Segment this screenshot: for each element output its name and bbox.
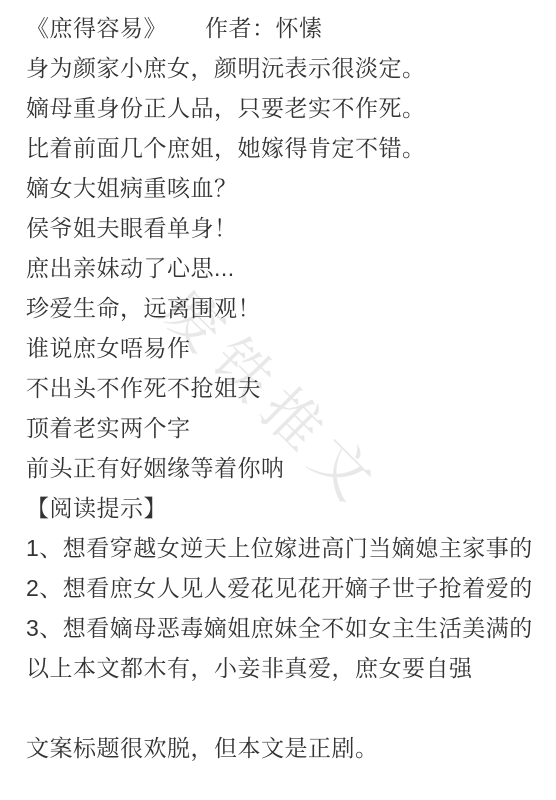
reading-tip-2: 2、想看庶女人见人爱花见花开嫡子世子抢着爱的 (26, 568, 546, 608)
text-line: 嫡母重身份正人品，只要老实不作死。 (26, 88, 546, 128)
novel-intro-page: 废铁推文 《庶得容易》作者：怀愫 身为颜家小庶女，颜明沅表示很淡定。 嫡母重身份… (0, 0, 556, 800)
text-line: 不出头不作死不抢姐夫 (26, 368, 546, 408)
text-line: 珍爱生命，远离围观！ (26, 288, 546, 328)
author-label: 作者：怀愫 (205, 15, 323, 41)
text-line: 谁说庶女唔易作 (26, 328, 546, 368)
text-line: 以上本文都木有，小妾非真爱，庶女要自强 (26, 648, 546, 688)
text-line: 身为颜家小庶女，颜明沅表示很淡定。 (26, 48, 546, 88)
blank-line (26, 688, 546, 728)
closing-note-line: 文案标题很欢脱，但本文是正剧。 (26, 728, 546, 768)
text-content: 《庶得容易》作者：怀愫 身为颜家小庶女，颜明沅表示很淡定。 嫡母重身份正人品，只… (0, 0, 556, 768)
title-line: 《庶得容易》作者：怀愫 (26, 8, 546, 48)
text-line: 比着前面几个庶姐，她嫁得肯定不错。 (26, 128, 546, 168)
text-line: 顶着老实两个字 (26, 408, 546, 448)
reading-tip-3: 3、想看嫡母恶毒嫡姐庶妹全不如女主生活美满的 (26, 608, 546, 648)
book-title: 《庶得容易》 (26, 15, 167, 41)
reading-tips-heading: 【阅读提示】 (26, 488, 546, 528)
reading-tip-1: 1、想看穿越女逆天上位嫁进高门当嫡媳主家事的 (26, 528, 546, 568)
text-line: 前头正有好姻缘等着你呐 (26, 448, 546, 488)
text-line: 嫡女大姐病重咳血？ (26, 168, 546, 208)
text-line: 庶出亲妹动了心思... (26, 248, 546, 288)
text-line: 侯爷姐夫眼看单身！ (26, 208, 546, 248)
